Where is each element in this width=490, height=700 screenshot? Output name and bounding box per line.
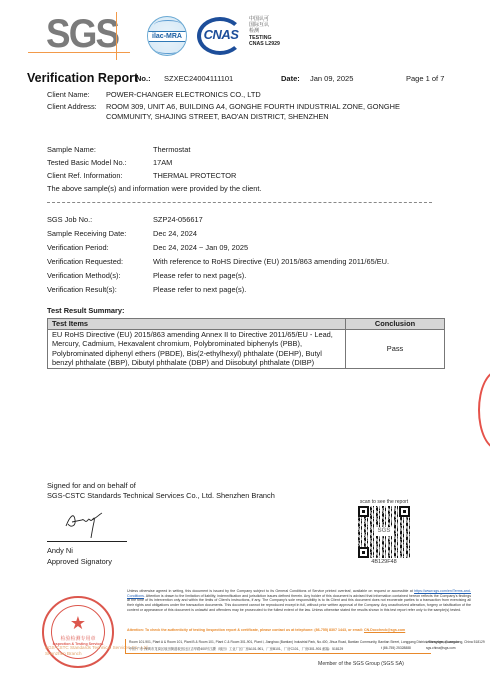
company-address-bar: Room 101-901, Plant A & Room 101, Plant … bbox=[125, 639, 471, 653]
client-ref-value: THERMAL PROTECTOR bbox=[153, 171, 236, 181]
client-ref-label: Client Ref. Information: bbox=[47, 171, 123, 181]
signed-line-2: SGS-CSTC Standards Technical Services Co… bbox=[47, 491, 275, 501]
conclusion-cell: Pass bbox=[346, 329, 445, 368]
verification-result-label: Verification Result(s): bbox=[47, 285, 117, 295]
star-icon: ★ bbox=[44, 614, 112, 632]
report-date-value: Jan 09, 2025 bbox=[310, 74, 353, 83]
verification-requested-label: Verification Requested: bbox=[47, 257, 123, 267]
sgs-logo: SGS bbox=[28, 10, 120, 60]
sample-name-label: Sample Name: bbox=[47, 145, 96, 155]
logo-rule-horizontal bbox=[28, 52, 130, 53]
section-divider bbox=[47, 202, 432, 203]
summary-title: Test Result Summary: bbox=[47, 306, 125, 315]
report-no-value: SZXEC24004111101 bbox=[164, 74, 233, 83]
signature-line bbox=[47, 541, 127, 542]
handwritten-signature bbox=[62, 508, 112, 538]
address-chinese: 中国·广东·深圳市龙岗区坂田街道坂田社区吉华路400号江灏（坂田）工业厂区厂房A… bbox=[129, 646, 343, 651]
client-address-line-1: ROOM 309, UNIT A6, BUILDING A4, GONGHE F… bbox=[106, 102, 400, 112]
cnas-logo: CNAS bbox=[195, 17, 245, 55]
report-title-row: Verification Report No.: SZXEC2400411110… bbox=[27, 71, 467, 87]
column-conclusion: Conclusion bbox=[346, 319, 445, 330]
verification-period-value: Dec 24, 2024 ~ Jan 09, 2025 bbox=[153, 243, 248, 253]
job-no-value: SZP24-056617 bbox=[153, 215, 203, 225]
page-indicator: Page 1 of 7 bbox=[406, 74, 444, 83]
stamp-chinese-text: 检验检测专用章 bbox=[44, 635, 112, 642]
signed-line-1: Signed for and on behalf of bbox=[47, 481, 275, 491]
sgs-logo-text: SGS bbox=[46, 12, 118, 57]
qr-finder-bottom-left bbox=[358, 547, 369, 558]
client-address-label: Client Address: bbox=[47, 102, 97, 112]
logo-rule-vertical bbox=[116, 12, 117, 60]
contact-email-link[interactable]: sgs.china@sgs.com bbox=[426, 646, 456, 650]
side-seal-stamp bbox=[478, 370, 490, 450]
cnas-line-number: CNAS L2929 bbox=[249, 41, 280, 47]
model-no-label: Tested Basic Model No.: bbox=[47, 158, 127, 168]
qr-center-label: SGS bbox=[375, 527, 393, 536]
verification-requested-value: With reference to RoHS Directive (EU) 20… bbox=[153, 257, 389, 267]
authenticity-notice: Attention: To check the authenticity of … bbox=[127, 628, 471, 633]
test-item-cell: EU RoHS Directive (EU) 2015/863 amending… bbox=[48, 329, 346, 368]
ilac-arc-bottom bbox=[154, 44, 182, 54]
job-no-label: SGS Job No.: bbox=[47, 215, 92, 225]
table-header-row: Test Items Conclusion bbox=[48, 319, 445, 330]
client-name-value: POWER-CHANGER ELECTRONICS CO., LTD bbox=[106, 90, 261, 100]
client-name-label: Client Name: bbox=[47, 90, 90, 100]
sample-name-value: Thermostat bbox=[153, 145, 190, 155]
signed-on-behalf: Signed for and on behalf of SGS-CSTC Sta… bbox=[47, 481, 275, 501]
ilac-mra-logo: ilac-MRA bbox=[147, 16, 187, 56]
sgs-group-membership: Member of the SGS Group (SGS SA) bbox=[318, 661, 404, 667]
verification-method-label: Verification Method(s): bbox=[47, 271, 121, 281]
qr-block: scan to see the report SGS 4B129F48 bbox=[354, 499, 414, 565]
receiving-date-value: Dec 24, 2024 bbox=[153, 229, 197, 239]
terms-text-post: . Attention is drawn to the limitation o… bbox=[127, 594, 471, 612]
table-row: EU RoHS Directive (EU) 2015/863 amending… bbox=[48, 329, 445, 368]
signatory-role: Approved Signatory bbox=[47, 556, 112, 567]
telephone: t (86-755) 25328888 bbox=[381, 646, 411, 650]
report-date-label: Date: bbox=[281, 74, 300, 83]
qr-finder-top-left bbox=[358, 506, 369, 517]
terms-fine-print: Unless otherwise agreed in writing, this… bbox=[127, 589, 471, 613]
column-test-items: Test Items bbox=[48, 319, 346, 330]
test-result-table: Test Items Conclusion EU RoHS Directive … bbox=[47, 318, 445, 369]
cnas-logo-text: CNAS bbox=[195, 27, 247, 42]
verification-result-value: Please refer to next page(s). bbox=[153, 285, 246, 295]
footer-divider bbox=[125, 653, 431, 654]
official-seal-stamp: ★ 检验检测专用章 Inspection & Testing Services bbox=[42, 596, 114, 668]
cnas-accreditation-text: 中国认可 国际互认 检测 TESTING CNAS L2929 bbox=[249, 16, 280, 47]
sample-note: The above sample(s) and information were… bbox=[47, 184, 261, 194]
verification-method-value: Please refer to next page(s). bbox=[153, 271, 246, 281]
client-address-line-2: COMMUNITY, SHAJING STREET, BAO'AN DISTRI… bbox=[106, 112, 329, 122]
terms-text-pre: Unless otherwise agreed in writing, this… bbox=[127, 589, 414, 593]
ilac-logo-text: ilac-MRA bbox=[148, 31, 186, 42]
ilac-arc-top bbox=[154, 20, 182, 30]
qr-finder-top-right bbox=[399, 506, 410, 517]
authenticity-text: Attention: To check the authenticity of … bbox=[127, 628, 364, 632]
doccheck-email-link[interactable]: CN.Doccheck@sgs.com bbox=[364, 628, 405, 632]
qr-caption: scan to see the report bbox=[354, 499, 414, 505]
receiving-date-label: Sample Receiving Date: bbox=[47, 229, 126, 239]
report-no-label: No.: bbox=[136, 74, 151, 83]
qr-code[interactable]: SGS bbox=[358, 506, 410, 558]
signatory-name: Andy Ni bbox=[47, 545, 112, 556]
signatory-block: Andy Ni Approved Signatory bbox=[47, 545, 112, 567]
qr-code-id: 4B129F48 bbox=[354, 559, 414, 565]
website-link[interactable]: www.sgsgroup.com.cn bbox=[426, 640, 459, 644]
verification-period-label: Verification Period: bbox=[47, 243, 109, 253]
model-no-value: 17AM bbox=[153, 158, 172, 168]
report-title: Verification Report bbox=[27, 71, 138, 85]
